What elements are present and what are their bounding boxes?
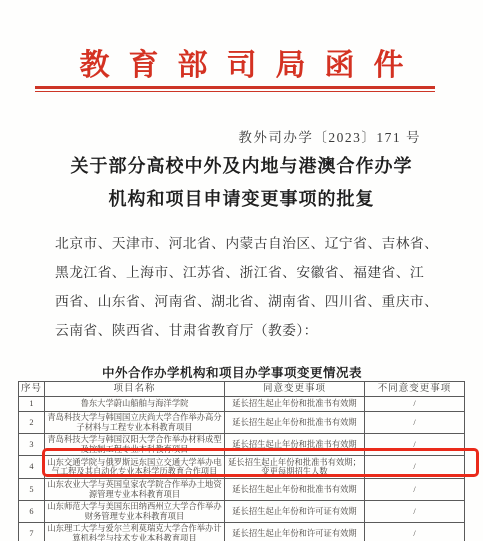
cell-name: 山东交通学院与俄罗斯远东国立交通大学举办电气工程及其自动化专业本科学历教育合作项… bbox=[45, 456, 225, 479]
change-items-table: 序号 项目名称 同意变更事项 不同意变更事项 1 鲁东大学蔚山船舶与海洋学院 延… bbox=[18, 381, 465, 541]
table-row-highlighted: 4 山东交通学院与俄罗斯远东国立交通大学举办电气工程及其自动化专业本科学历教育合… bbox=[19, 456, 465, 479]
cell-rejected: / bbox=[365, 397, 465, 412]
header-cell-rejected: 不同意变更事项 bbox=[365, 382, 465, 397]
cell-approved: 延长招生起止年份和批准书有效期 bbox=[225, 397, 365, 412]
table-header-row: 序号 项目名称 同意变更事项 不同意变更事项 bbox=[19, 382, 465, 397]
cell-no: 6 bbox=[19, 501, 45, 523]
cell-rejected: / bbox=[365, 501, 465, 523]
cell-approved: 延长招生起止年份和许可证有效期 bbox=[225, 523, 365, 541]
addressee-line: 北京市、天津市、河北省、内蒙古自治区、辽宁省、吉林省、 bbox=[55, 229, 439, 258]
cell-no: 2 bbox=[19, 412, 45, 434]
letterhead-title: 教育部司局函件 bbox=[0, 40, 483, 84]
document-page: 教育部司局函件 教外司办学〔2023〕171 号 关于部分高校中外及内地与港澳合… bbox=[0, 0, 483, 541]
cell-approved: 延长招生起止年份和批准书有效期；变更每期招生人数 bbox=[225, 456, 365, 479]
table-row: 6 山东师范大学与美国东田纳西州立大学合作举办财务管理专业本科教育项目 延长招生… bbox=[19, 501, 465, 523]
cell-name: 山东农业大学与英国皇家农学院合作举办土地资源管理专业本科教育项目 bbox=[45, 479, 225, 501]
letterhead-divider bbox=[35, 86, 435, 92]
document-title: 关于部分高校中外及内地与港澳合作办学 机构和项目申请变更事项的批复 bbox=[0, 150, 483, 216]
addressee-paragraph: 北京市、天津市、河北省、内蒙古自治区、辽宁省、吉林省、 黑龙江省、上海市、江苏省… bbox=[55, 229, 439, 345]
cell-name: 山东理工大学与爱尔兰利莫瑞克大学合作举办计算机科学与技术专业本科教育项目 bbox=[45, 523, 225, 541]
cell-rejected: / bbox=[365, 523, 465, 541]
cell-rejected: / bbox=[365, 434, 465, 456]
cell-name: 青岛科技大学与韩国国立庆尚大学合作举办高分子材料与工程专业本科教育项目 bbox=[45, 412, 225, 434]
header-cell-approved: 同意变更事项 bbox=[225, 382, 365, 397]
cell-rejected: / bbox=[365, 456, 465, 479]
addressee-line: 云南省、陕西省、甘肃省教育厅（教委）： bbox=[55, 316, 439, 345]
cell-no: 1 bbox=[19, 397, 45, 412]
document-title-line1: 关于部分高校中外及内地与港澳合作办学 bbox=[0, 150, 483, 183]
cell-name: 山东师范大学与美国东田纳西州立大学合作举办财务管理专业本科教育项目 bbox=[45, 501, 225, 523]
table-row: 2 青岛科技大学与韩国国立庆尚大学合作举办高分子材料与工程专业本科教育项目 延长… bbox=[19, 412, 465, 434]
document-number: 教外司办学〔2023〕171 号 bbox=[238, 126, 421, 146]
table-row: 3 青岛科技大学与韩国汉阳大学合作举办材料成型及控制工程专业本科教育项目 延长招… bbox=[19, 434, 465, 456]
table-row: 7 山东理工大学与爱尔兰利莫瑞克大学合作举办计算机科学与技术专业本科教育项目 延… bbox=[19, 523, 465, 541]
table-row: 5 山东农业大学与英国皇家农学院合作举办土地资源管理专业本科教育项目 延长招生起… bbox=[19, 479, 465, 501]
cell-approved: 延长招生起止年份和批准书有效期 bbox=[225, 434, 365, 456]
cell-name: 鲁东大学蔚山船舶与海洋学院 bbox=[45, 397, 225, 412]
cell-approved: 延长招生起止年份和批准书有效期 bbox=[225, 479, 365, 501]
cell-name: 青岛科技大学与韩国汉阳大学合作举办材料成型及控制工程专业本科教育项目 bbox=[45, 434, 225, 456]
table-row: 1 鲁东大学蔚山船舶与海洋学院 延长招生起止年份和批准书有效期 / bbox=[19, 397, 465, 412]
cell-approved: 延长招生起止年份和许可证有效期 bbox=[225, 501, 365, 523]
cell-no: 4 bbox=[19, 456, 45, 479]
cell-rejected: / bbox=[365, 412, 465, 434]
addressee-line: 黑龙江省、上海市、江苏省、浙江省、安徽省、福建省、江 bbox=[55, 258, 439, 287]
cell-no: 7 bbox=[19, 523, 45, 541]
document-title-line2: 机构和项目申请变更事项的批复 bbox=[0, 183, 483, 216]
cell-no: 5 bbox=[19, 479, 45, 501]
cell-approved: 延长招生起止年份和批准书有效期 bbox=[225, 412, 365, 434]
cell-no: 3 bbox=[19, 434, 45, 456]
header-cell-no: 序号 bbox=[19, 382, 45, 397]
table-title: 中外合作办学机构和项目办学事项变更情况表 bbox=[0, 363, 464, 381]
addressee-line: 西省、山东省、河南省、湖北省、湖南省、四川省、重庆市、 bbox=[55, 287, 439, 316]
header-cell-name: 项目名称 bbox=[45, 382, 225, 397]
cell-rejected: / bbox=[365, 479, 465, 501]
